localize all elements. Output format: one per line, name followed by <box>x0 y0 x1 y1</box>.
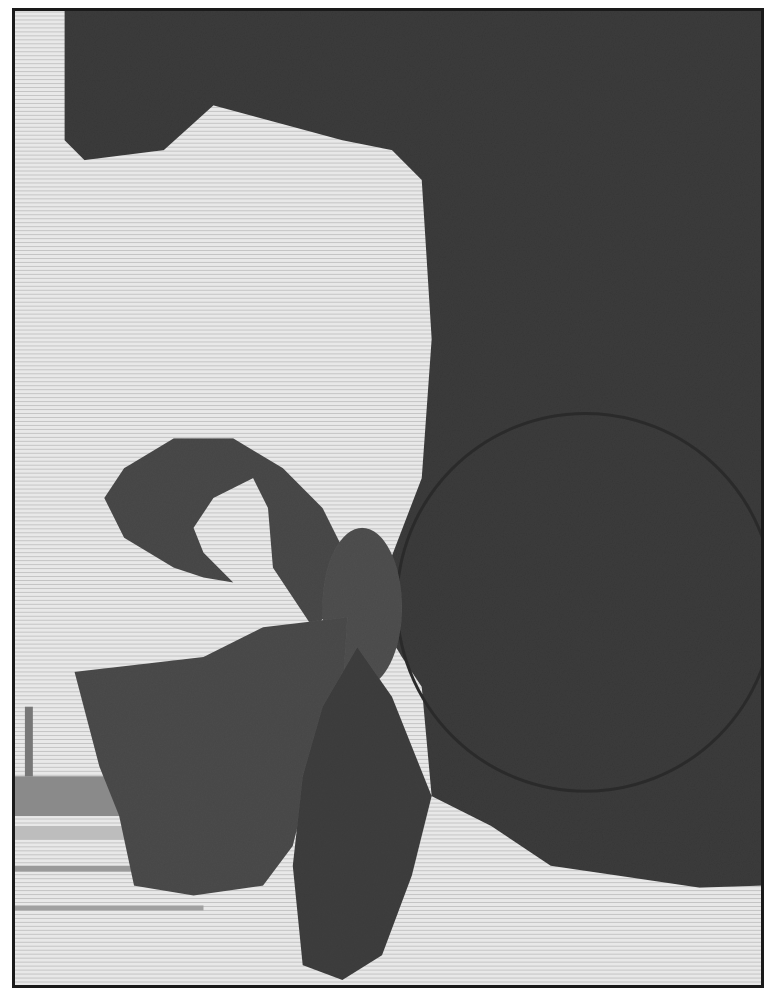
photo-frame <box>12 8 764 988</box>
propeller-photo <box>15 11 761 985</box>
